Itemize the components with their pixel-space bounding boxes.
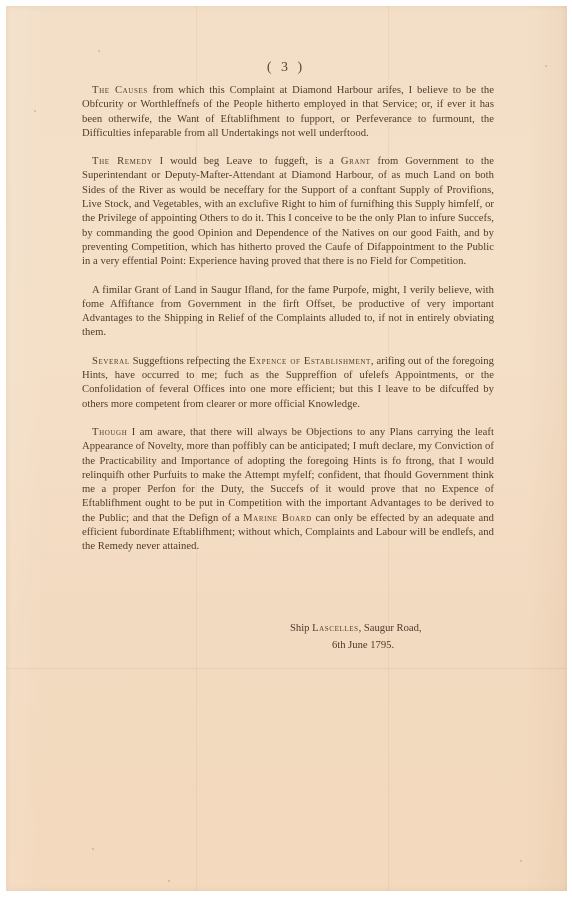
paragraph-body: I would beg Leave to fuggeft, is a (153, 156, 341, 167)
signature-block: Ship Lascelles, Saugur Road, 6th June 17… (290, 620, 450, 654)
signature-location: Ship Lascelles, Saugur Road, (290, 620, 450, 637)
paper-speck (92, 848, 94, 850)
emphasis-grant: Grant (341, 156, 371, 167)
paragraph-body: I am aware, that there will always be Ob… (82, 427, 494, 524)
paragraph-remedy: The Remedy I would beg Leave to fuggeft,… (82, 155, 494, 269)
body-text: The Causes from which this Complaint at … (82, 84, 494, 569)
emphasis-marine-board: Marine Board (243, 513, 312, 524)
paragraph-lead: Though (92, 427, 127, 438)
paragraph-saugur: A fimilar Grant of Land in Saugur Ifland… (82, 284, 494, 341)
paragraph-though: Though I am aware, that there will alway… (82, 426, 494, 555)
paragraph-body: A fimilar Grant of Land in Saugur Ifland… (82, 285, 494, 339)
paper-fold (6, 668, 567, 669)
paragraph-lead: The Causes (92, 85, 148, 96)
paragraph-causes: The Causes from which this Complaint at … (82, 84, 494, 141)
emphasis-expence: Expence of Establishment (249, 356, 371, 367)
signature-suffix: , Saugur Road, (359, 623, 422, 634)
page-number: ( 3 ) (0, 60, 572, 76)
paragraph-suggestions: Several Suggeftions refpecting the Expen… (82, 355, 494, 412)
paragraph-lead: Several (92, 356, 130, 367)
paper-speck (168, 880, 170, 882)
paper-speck (34, 110, 36, 112)
paragraph-lead: The Remedy (92, 156, 153, 167)
paper-speck (98, 50, 100, 52)
paper-speck (520, 860, 522, 862)
paragraph-body: from Government to the Superintendant or… (82, 156, 494, 267)
signature-prefix: Ship (290, 623, 312, 634)
signature-date: 6th June 1795. (290, 637, 450, 654)
paragraph-body: Suggeftions refpecting the (130, 356, 249, 367)
ship-name: Lascelles (312, 623, 359, 634)
